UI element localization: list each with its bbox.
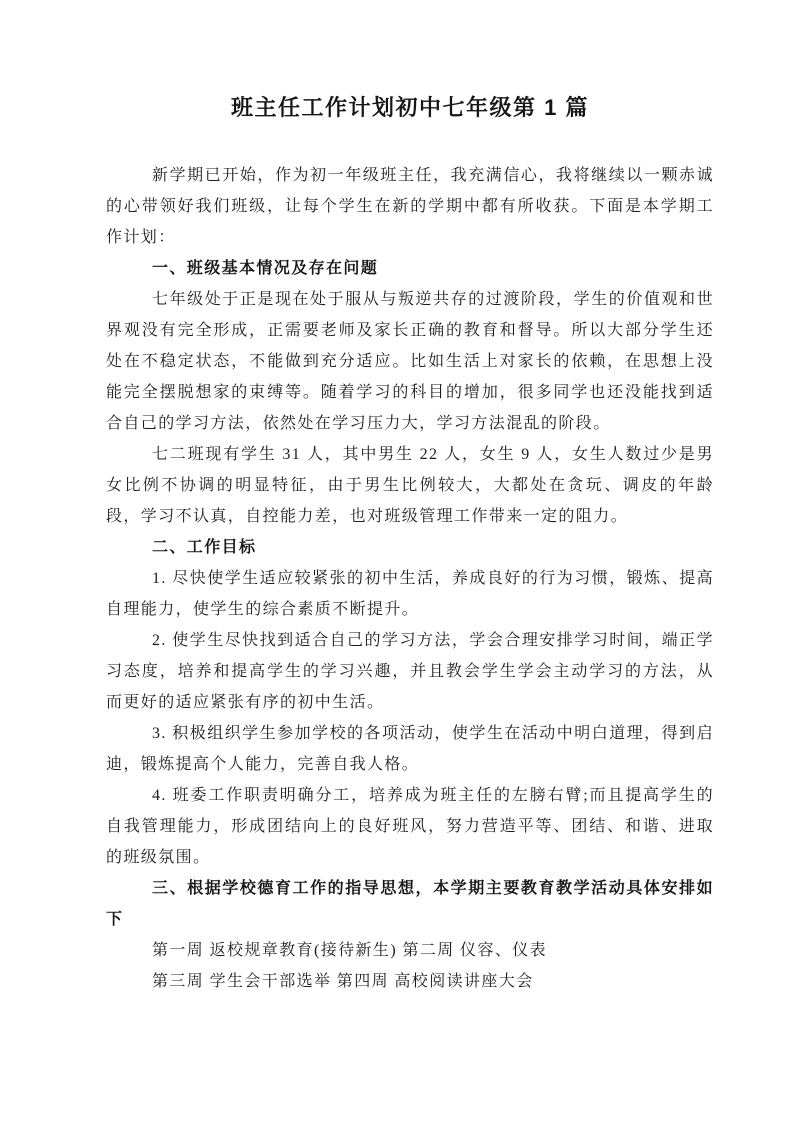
section1-paragraph1: 七年级处于正是现在处于服从与叛逆共存的过渡阶段，学生的价值观和世界观没有完全形成… (106, 284, 714, 439)
section2-goal4: 4. 班委工作职责明确分工，培养成为班主任的左膀右臂;而且提高学生的自我管理能力… (106, 780, 714, 873)
intro-paragraph: 新学期已开始，作为初一年级班主任，我充满信心，我将继续以一颗赤诚的心带领好我们班… (106, 160, 714, 253)
section2-goal3: 3. 积极组织学生参加学校的各项活动，使学生在活动中明白道理，得到启迪，锻炼提高… (106, 718, 714, 780)
section1-heading: 一、班级基本情况及存在问题 (106, 253, 714, 284)
section2-goal2: 2. 使学生尽快找到适合自己的学习方法，学会合理安排学习时间，端正学习态度，培养… (106, 625, 714, 718)
section1-paragraph2: 七二班现有学生 31 人，其中男生 22 人，女生 9 人，女生人数过少是男女比… (106, 439, 714, 532)
section2-goal1: 1. 尽快使学生适应较紧张的初中生活，养成良好的行为习惯，锻炼、提高自理能力，使… (106, 563, 714, 625)
document-title: 班主任工作计划初中七年级第 1 篇 (106, 90, 714, 126)
section2-heading: 二、工作目标 (106, 532, 714, 563)
schedule-week-line-2: 第三周 学生会干部选举 第四周 高校阅读讲座大会 (106, 966, 714, 997)
section3-heading: 三、根据学校德育工作的指导思想，本学期主要教育教学活动具体安排如下 (106, 873, 714, 935)
document-page: 班主任工作计划初中七年级第 1 篇 新学期已开始，作为初一年级班主任，我充满信心… (0, 0, 793, 1122)
schedule-week-line-1: 第一周 返校规章教育(接待新生) 第二周 仪容、仪表 (106, 935, 714, 966)
document-content: 班主任工作计划初中七年级第 1 篇 新学期已开始，作为初一年级班主任，我充满信心… (106, 90, 714, 997)
